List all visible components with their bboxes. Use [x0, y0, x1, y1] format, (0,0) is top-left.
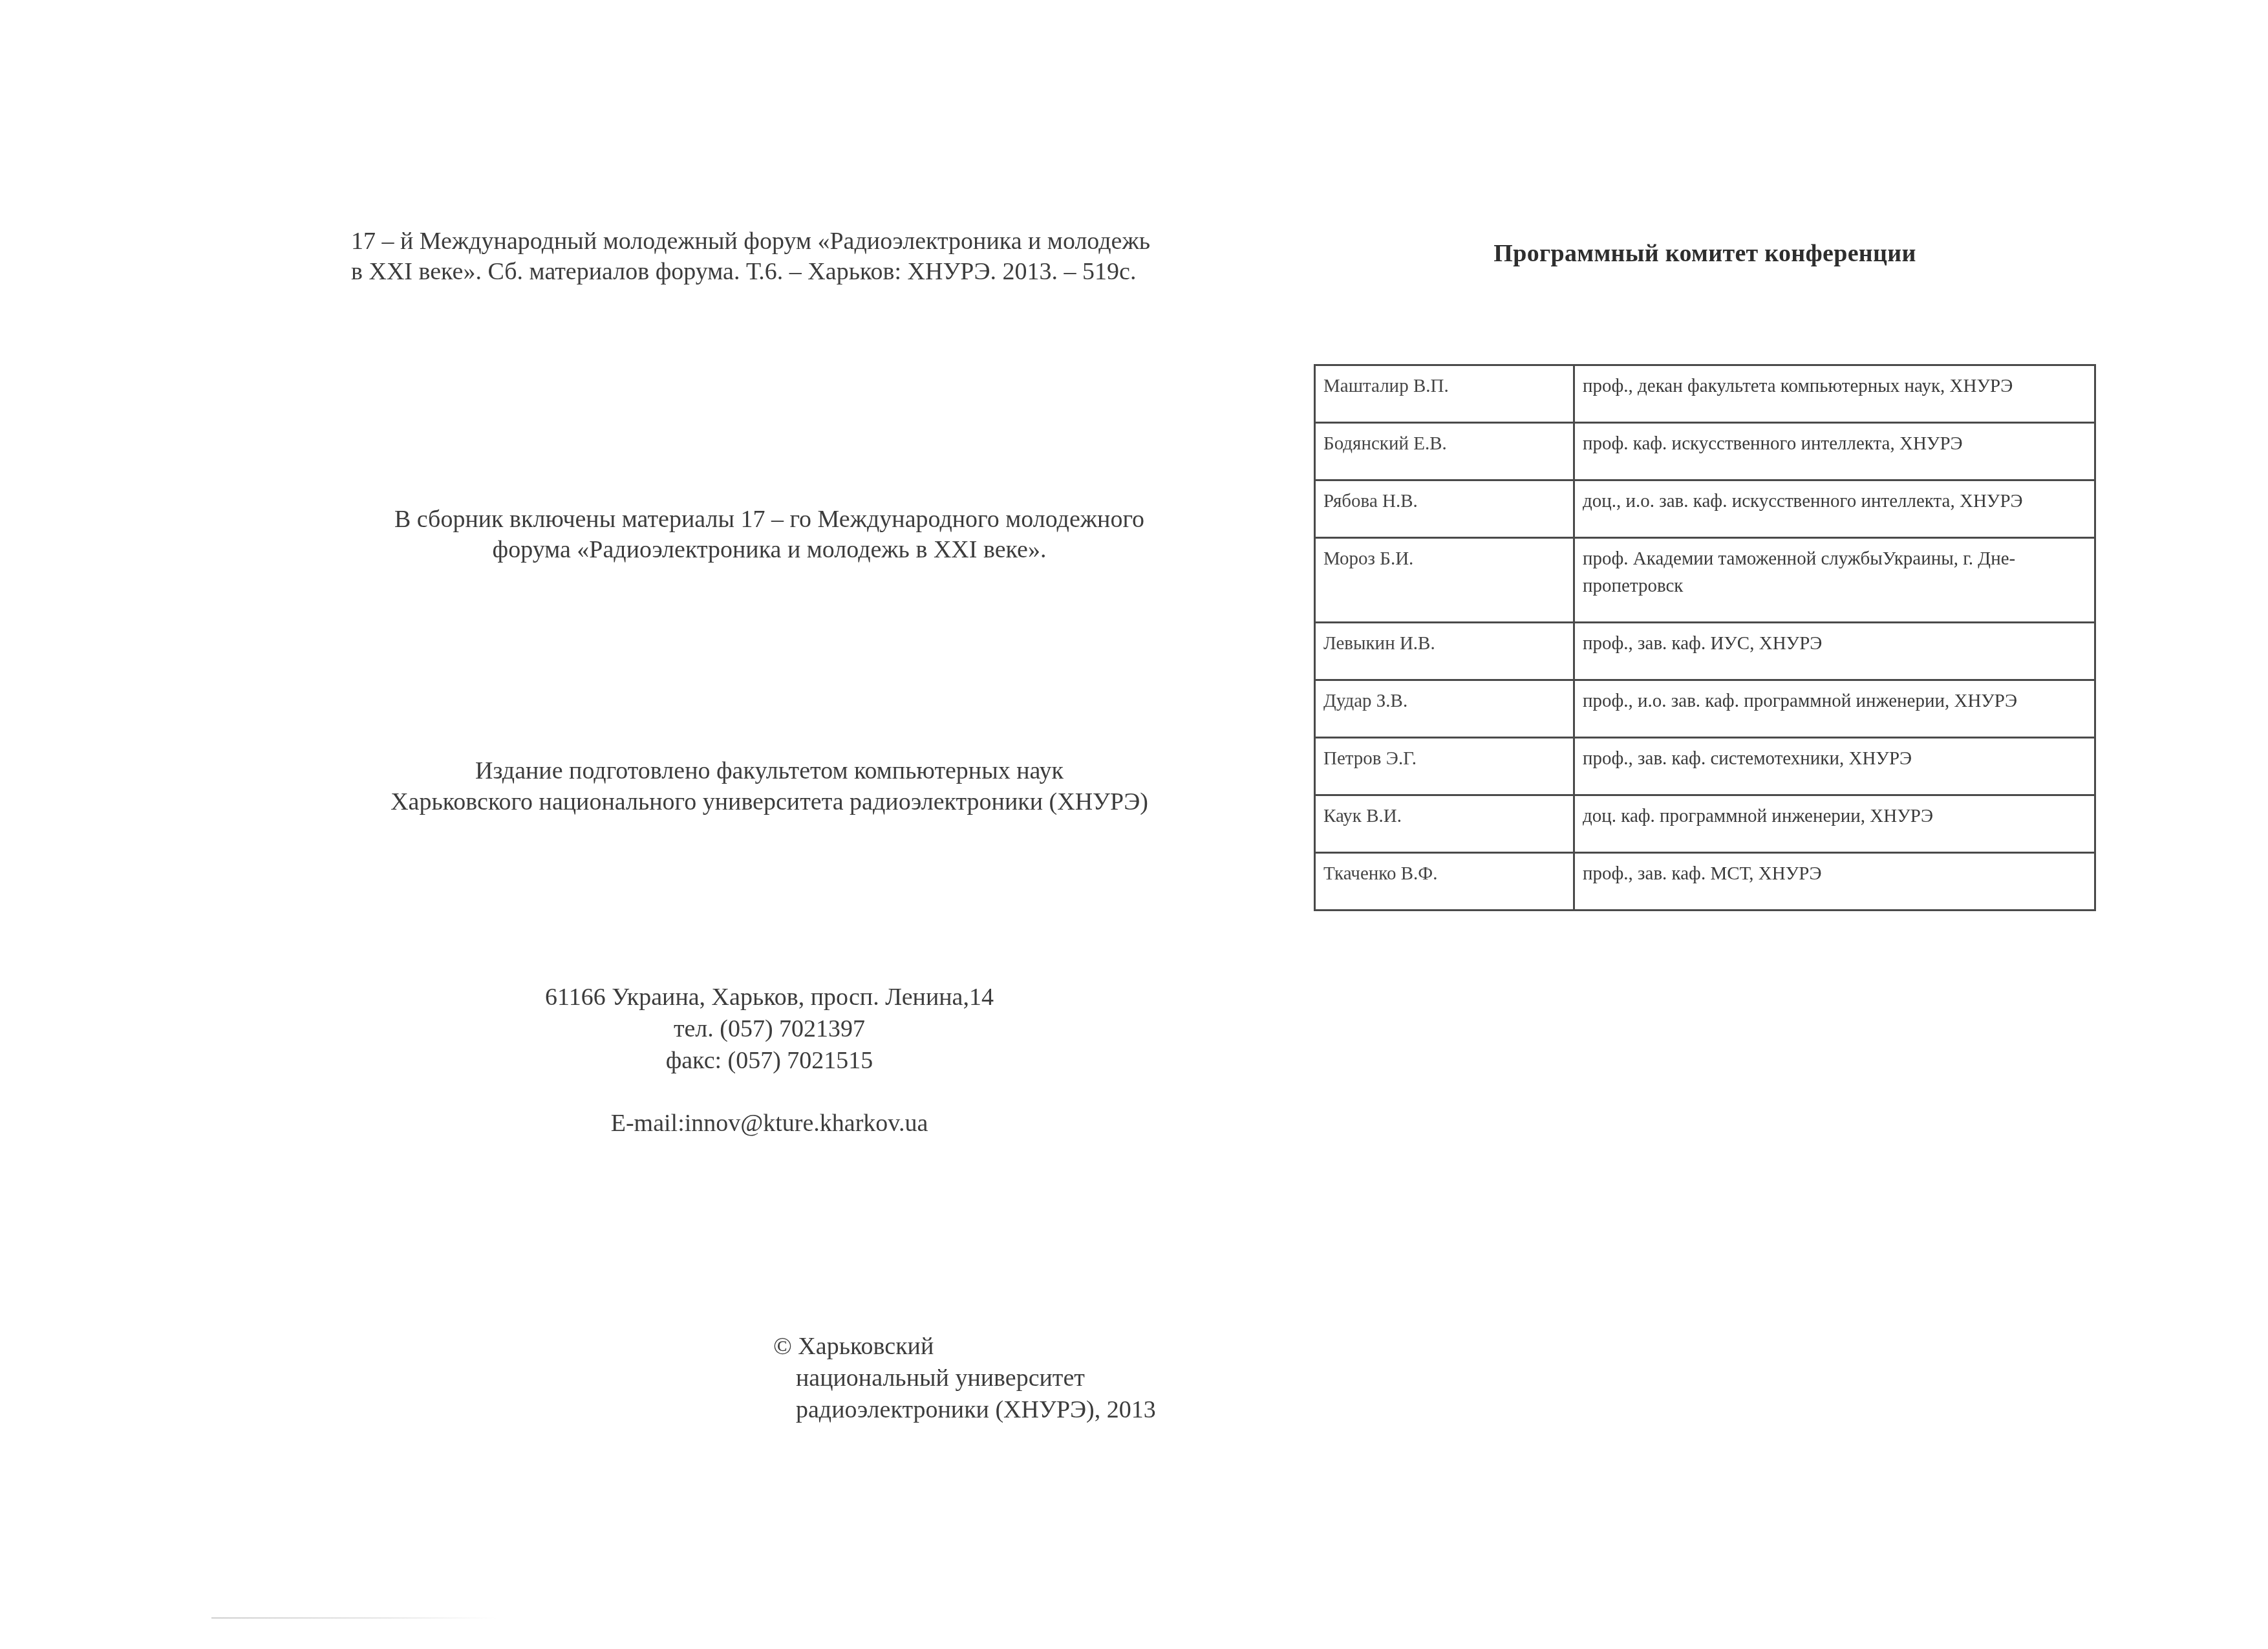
- email-address: E-mail:innov@kture.kharkov.ua: [511, 1108, 1028, 1139]
- member-position-line: пропетровск: [1583, 572, 2088, 599]
- publisher-note-line: Харьковского национального университета …: [349, 786, 1190, 817]
- member-name: Дудар З.В.: [1315, 680, 1574, 738]
- publisher-note: Издание подготовлено факультетом компьют…: [349, 755, 1190, 817]
- copyright-notice: © Харьковский национальный университет р…: [773, 1331, 1226, 1426]
- member-position-line: проф. каф. искусственного интеллекта, ХН…: [1583, 430, 2088, 457]
- committee-table: Машталир В.П.проф., декан факультета ком…: [1314, 364, 2096, 911]
- member-name: Петров Э.Г.: [1315, 738, 1574, 795]
- member-position: проф. Академии таможенной службыУкраины,…: [1574, 538, 2095, 623]
- fax-number: факс: (057) 7021515: [511, 1045, 1028, 1077]
- member-position: проф., зав. каф. МСТ, ХНУРЭ: [1574, 853, 2095, 911]
- member-position: проф., декан факультета компьютерных нау…: [1574, 365, 2095, 423]
- copyright-line: национальный университет: [773, 1363, 1226, 1394]
- committee-table-body: Машталир В.П.проф., декан факультета ком…: [1315, 365, 2095, 911]
- scan-artifact-line: [211, 1617, 496, 1619]
- collection-note: В сборник включены материалы 17 – го Меж…: [349, 504, 1190, 565]
- member-name: Рябова Н.В.: [1315, 480, 1574, 538]
- contact-email-block: E-mail:innov@kture.kharkov.ua: [511, 1108, 1028, 1139]
- committee-title: Программный комитет конференции: [1314, 239, 2096, 268]
- member-position-line: доц., и.о. зав. каф. искусственного инте…: [1583, 488, 2088, 515]
- committee-row: Мороз Б.И.проф. Академии таможенной служ…: [1315, 538, 2095, 623]
- member-position: доц. каф. программной инженерии, ХНУРЭ: [1574, 795, 2095, 853]
- committee-row: Дудар З.В.проф., и.о. зав. каф. программ…: [1315, 680, 2095, 738]
- member-name: Машталир В.П.: [1315, 365, 1574, 423]
- member-position: проф. каф. искусственного интеллекта, ХН…: [1574, 423, 2095, 480]
- copyright-line: радиоэлектроники (ХНУРЭ), 2013: [773, 1394, 1226, 1426]
- member-position-line: проф. Академии таможенной службыУкраины,…: [1583, 545, 2088, 572]
- member-position-line: проф., декан факультета компьютерных нау…: [1583, 372, 2088, 400]
- copyright-line: © Харьковский: [773, 1331, 1226, 1363]
- member-name: Ткаченко В.Ф.: [1315, 853, 1574, 911]
- committee-row: Ткаченко В.Ф.проф., зав. каф. МСТ, ХНУРЭ: [1315, 853, 2095, 911]
- committee-row: Машталир В.П.проф., декан факультета ком…: [1315, 365, 2095, 423]
- member-position: проф., зав. каф. ИУС, ХНУРЭ: [1574, 623, 2095, 680]
- member-name: Бодянский Е.В.: [1315, 423, 1574, 480]
- committee-row: Каук В.И.доц. каф. программной инженерии…: [1315, 795, 2095, 853]
- committee-row: Бодянский Е.В.проф. каф. искусственного …: [1315, 423, 2095, 480]
- member-position-line: проф., зав. каф. системотехники, ХНУРЭ: [1583, 745, 2088, 772]
- bibliographic-reference: 17 – й Международный молодежный форум «Р…: [351, 226, 1185, 287]
- member-position-line: проф., и.о. зав. каф. программной инжене…: [1583, 687, 2088, 715]
- member-position: доц., и.о. зав. каф. искусственного инте…: [1574, 480, 2095, 538]
- contact-address: 61166 Украина, Харьков, просп. Ленина,14…: [511, 982, 1028, 1077]
- committee-row: Петров Э.Г.проф., зав. каф. системотехни…: [1315, 738, 2095, 795]
- member-name: Мороз Б.И.: [1315, 538, 1574, 623]
- committee-row: Рябова Н.В.доц., и.о. зав. каф. искусств…: [1315, 480, 2095, 538]
- member-position-line: проф., зав. каф. МСТ, ХНУРЭ: [1583, 860, 2088, 887]
- bibliographic-reference-line: 17 – й Международный молодежный форум «Р…: [351, 226, 1185, 257]
- collection-note-line: В сборник включены материалы 17 – го Меж…: [349, 504, 1190, 535]
- member-position-line: проф., зав. каф. ИУС, ХНУРЭ: [1583, 630, 2088, 657]
- collection-note-line: форума «Радиоэлектроника и молодежь в XX…: [349, 535, 1190, 565]
- member-position: проф., и.о. зав. каф. программной инжене…: [1574, 680, 2095, 738]
- bibliographic-reference-line: в XXI веке». Сб. материалов форума. Т.6.…: [351, 257, 1185, 287]
- phone-number: тел. (057) 7021397: [511, 1013, 1028, 1045]
- member-position-line: доц. каф. программной инженерии, ХНУРЭ: [1583, 803, 2088, 830]
- committee-row: Левыкин И.В.проф., зав. каф. ИУС, ХНУРЭ: [1315, 623, 2095, 680]
- member-name: Левыкин И.В.: [1315, 623, 1574, 680]
- member-position: проф., зав. каф. системотехники, ХНУРЭ: [1574, 738, 2095, 795]
- member-name: Каук В.И.: [1315, 795, 1574, 853]
- publisher-note-line: Издание подготовлено факультетом компьют…: [349, 755, 1190, 786]
- street-address: 61166 Украина, Харьков, просп. Ленина,14: [511, 982, 1028, 1013]
